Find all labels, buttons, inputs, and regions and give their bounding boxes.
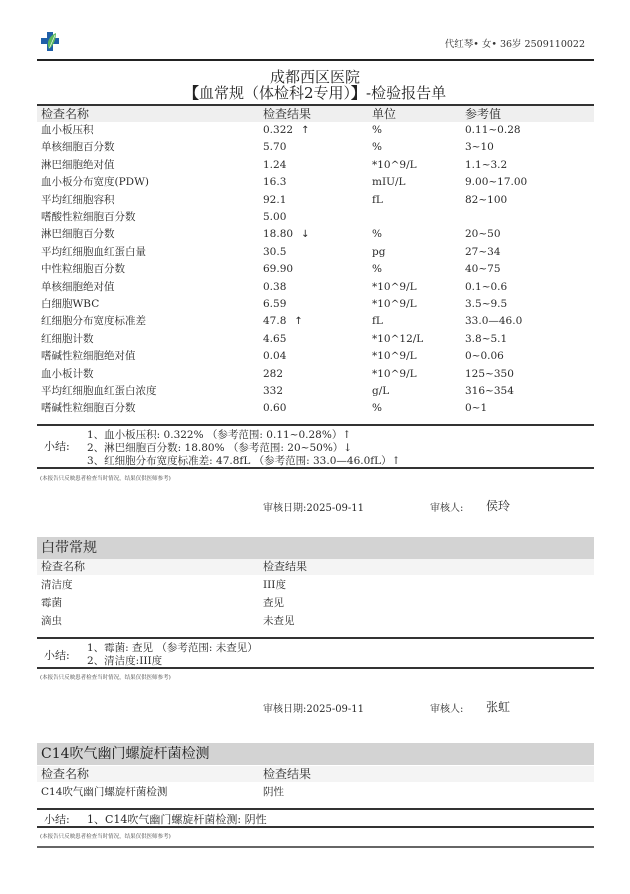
table-row: 平均红细胞血红蛋白量30.5pg27~34 bbox=[37, 244, 594, 261]
test-result: 5.00 bbox=[263, 209, 286, 226]
disclaimer: (本报告只反映患者检查当时情况，结果仅供医师参考) bbox=[40, 673, 171, 681]
result-value: 0.60 bbox=[263, 402, 286, 414]
result-value: 0.38 bbox=[263, 281, 286, 293]
test-unit: *10^12/L bbox=[372, 331, 423, 348]
col-header-reference: 参考值 bbox=[465, 106, 501, 122]
summary-bottom-rule bbox=[37, 826, 594, 828]
test-name: 淋巴细胞绝对值 bbox=[41, 157, 115, 174]
test-reference: 27~34 bbox=[465, 244, 501, 261]
test-result: 5.70 bbox=[263, 139, 286, 156]
table-row: 嗜碱性粒细胞绝对值0.04*10^9/L0~0.06 bbox=[37, 348, 594, 365]
header-divider bbox=[37, 59, 594, 61]
result-value: 282 bbox=[263, 368, 283, 380]
hospital-logo bbox=[40, 31, 60, 52]
result-value: 69.90 bbox=[263, 263, 293, 275]
result-value: 332 bbox=[263, 385, 283, 397]
test-name: 嗜碱性粒细胞百分数 bbox=[41, 400, 136, 417]
test-result: 92.1 bbox=[263, 192, 286, 209]
result-value: 5.00 bbox=[263, 211, 286, 223]
test-name: 血小板分布宽度(PDW) bbox=[41, 174, 149, 191]
test-unit: *10^9/L bbox=[372, 157, 417, 174]
test-reference: 82~100 bbox=[465, 192, 507, 209]
report-title: 【血常规（体检科2专用）】-检验报告单 bbox=[0, 82, 630, 103]
patient-info: 代红琴• 女• 36岁 2509110022 bbox=[445, 36, 585, 50]
test-result: 1.24 bbox=[263, 157, 286, 174]
test-name: 平均红细胞血红蛋白量 bbox=[41, 244, 146, 261]
test-result: 18.80↓ bbox=[263, 226, 309, 243]
table-row: 滴虫未查见 bbox=[37, 613, 594, 630]
title-bracket-open: 【 bbox=[184, 84, 199, 102]
test-name: 嗜酸性粒细胞百分数 bbox=[41, 209, 136, 226]
test-result: 0.322↑ bbox=[263, 122, 309, 139]
col-header-result: 检查结果 bbox=[263, 766, 311, 782]
arrow-up-icon: ↑ bbox=[301, 125, 309, 136]
test-name: 平均红细胞容积 bbox=[41, 192, 115, 209]
arrow-up-icon: ↑ bbox=[294, 316, 302, 327]
test-reference: 33.0—46.0 bbox=[465, 313, 522, 330]
test-name: 白细胞WBC bbox=[41, 296, 99, 313]
table-row: 红细胞计数4.65*10^12/L3.8~5.1 bbox=[37, 331, 594, 348]
summary-line-1: 1、C14吹气幽门螺旋杆菌检测: 阴性 bbox=[87, 811, 267, 827]
table-row: 中性粒细胞百分数69.90%40~75 bbox=[37, 261, 594, 278]
table-row: 平均红细胞血红蛋白浓度332g/L316~354 bbox=[37, 383, 594, 400]
title-bracket-close: 】 bbox=[351, 84, 366, 102]
test-reference: 0~0.06 bbox=[465, 348, 504, 365]
auditor-name: 张虹 bbox=[486, 698, 510, 715]
test-reference: 0~1 bbox=[465, 400, 487, 417]
section-title-c14: C14吹气幽门螺旋杆菌检测 bbox=[37, 743, 594, 765]
summary-label: 小结: bbox=[44, 438, 70, 454]
test-reference: 9.00~17.00 bbox=[465, 174, 527, 191]
test-unit: % bbox=[372, 261, 382, 278]
test-result: 0.60 bbox=[263, 400, 286, 417]
summary-line-2: 2、清洁度:III度 bbox=[87, 653, 162, 668]
result-value: 18.80 bbox=[263, 228, 293, 240]
test-result: 16.3 bbox=[263, 174, 286, 191]
test-unit: fL bbox=[372, 192, 383, 209]
audit-date: 审核日期:2025-09-11 bbox=[263, 700, 364, 715]
test-result: 阴性 bbox=[263, 784, 284, 801]
test-result: 0.04 bbox=[263, 348, 286, 365]
arrow-down-icon: ↓ bbox=[301, 229, 309, 240]
test-result: 查见 bbox=[263, 595, 284, 612]
col-header-name: 检查名称 bbox=[41, 559, 85, 575]
table-row: C14吹气幽门螺旋杆菌检测阴性 bbox=[37, 784, 594, 801]
auditor-label: 审核人: bbox=[430, 499, 463, 514]
table-row: 淋巴细胞绝对值1.24*10^9/L1.1~3.2 bbox=[37, 157, 594, 174]
test-name: C14吹气幽门螺旋杆菌检测 bbox=[41, 784, 167, 801]
result-value: 1.24 bbox=[263, 159, 286, 171]
table-row: 白细胞WBC6.59*10^9/L3.5~9.5 bbox=[37, 296, 594, 313]
test-result: 282 bbox=[263, 366, 283, 383]
table-row: 血小板分布宽度(PDW)16.3mIU/L9.00~17.00 bbox=[37, 174, 594, 191]
blood-table-header: 检查名称 检查结果 单位 参考值 bbox=[37, 106, 594, 122]
disclaimer: (本报告只反映患者检查当时情况，结果仅供医师参考) bbox=[40, 832, 171, 840]
test-result: 332 bbox=[263, 383, 283, 400]
test-unit: g/L bbox=[372, 383, 389, 400]
title-main: 血常规（体检科2专用） bbox=[199, 84, 351, 102]
test-unit: % bbox=[372, 122, 382, 139]
summary-line-3: 3、红细胞分布宽度标准差: 47.8fL （参考范围: 33.0—46.0fL）… bbox=[87, 453, 400, 468]
test-reference: 3.5~9.5 bbox=[465, 296, 507, 313]
test-unit: *10^9/L bbox=[372, 296, 417, 313]
result-value: 5.70 bbox=[263, 141, 286, 153]
auditor-label: 审核人: bbox=[430, 700, 463, 715]
col-header-result: 检查结果 bbox=[263, 559, 307, 575]
test-name: 单核细胞绝对值 bbox=[41, 279, 115, 296]
cross-leaf-icon bbox=[40, 31, 60, 52]
table-row: 单核细胞绝对值0.38*10^9/L0.1~0.6 bbox=[37, 279, 594, 296]
test-reference: 40~75 bbox=[465, 261, 501, 278]
test-name: 霉菌 bbox=[41, 595, 62, 612]
col-header-result: 检查结果 bbox=[263, 106, 311, 122]
test-name: 滴虫 bbox=[41, 613, 62, 630]
test-result: 0.38 bbox=[263, 279, 286, 296]
result-value: 4.65 bbox=[263, 333, 286, 345]
test-unit: pg bbox=[372, 244, 385, 261]
result-value: 6.59 bbox=[263, 298, 286, 310]
test-name: 单核细胞百分数 bbox=[41, 139, 115, 156]
title-suffix: -检验报告单 bbox=[366, 84, 446, 102]
test-unit: *10^9/L bbox=[372, 279, 417, 296]
test-reference: 3~10 bbox=[465, 139, 494, 156]
summary-label: 小结: bbox=[44, 811, 70, 827]
summary-top-rule bbox=[37, 808, 594, 810]
col-header-name: 检查名称 bbox=[41, 766, 89, 782]
test-unit: *10^9/L bbox=[372, 348, 417, 365]
table-row: 霉菌查见 bbox=[37, 595, 594, 612]
test-name: 中性粒细胞百分数 bbox=[41, 261, 125, 278]
test-reference: 3.8~5.1 bbox=[465, 331, 507, 348]
test-result: 未查见 bbox=[263, 613, 295, 630]
test-unit: *10^9/L bbox=[372, 366, 417, 383]
result-value: 47.8 bbox=[263, 315, 286, 327]
page-bottom-rule bbox=[37, 846, 594, 848]
test-name: 红细胞计数 bbox=[41, 331, 94, 348]
test-unit: % bbox=[372, 139, 382, 156]
test-reference: 1.1~3.2 bbox=[465, 157, 507, 174]
summary-label: 小结: bbox=[44, 647, 70, 663]
table-row: 平均红细胞容积92.1fL82~100 bbox=[37, 192, 594, 209]
test-unit: mIU/L bbox=[372, 174, 405, 191]
test-result: 30.5 bbox=[263, 244, 286, 261]
table-row: 血小板压积0.322↑%0.11~0.28 bbox=[37, 122, 594, 139]
test-name: 清洁度 bbox=[41, 577, 73, 594]
disclaimer: (本报告只反映患者检查当时情况，结果仅供医师参考) bbox=[40, 474, 171, 482]
test-result: 69.90 bbox=[263, 261, 293, 278]
leucorrhea-table-header: 检查名称 检查结果 bbox=[37, 559, 594, 575]
auditor-name: 侯玲 bbox=[486, 497, 510, 514]
test-name: 红细胞分布宽度标准差 bbox=[41, 313, 146, 330]
section-title-leucorrhea: 白带常规 bbox=[37, 537, 594, 559]
test-reference: 125~350 bbox=[465, 366, 514, 383]
table-row: 嗜酸性粒细胞百分数5.00 bbox=[37, 209, 594, 226]
test-name: 平均红细胞血红蛋白浓度 bbox=[41, 383, 157, 400]
summary-top-rule bbox=[37, 637, 594, 639]
test-name: 血小板计数 bbox=[41, 366, 94, 383]
test-result: 47.8↑ bbox=[263, 313, 303, 330]
summary-bottom-rule bbox=[37, 667, 594, 669]
test-reference: 0.11~0.28 bbox=[465, 122, 521, 139]
test-result: 6.59 bbox=[263, 296, 286, 313]
test-reference: 20~50 bbox=[465, 226, 501, 243]
table-row: 血小板计数282*10^9/L125~350 bbox=[37, 366, 594, 383]
audit-date: 审核日期:2025-09-11 bbox=[263, 499, 364, 514]
test-unit: % bbox=[372, 400, 382, 417]
col-header-name: 检查名称 bbox=[41, 106, 89, 122]
test-name: 淋巴细胞百分数 bbox=[41, 226, 115, 243]
table-row: 嗜碱性粒细胞百分数0.60%0~1 bbox=[37, 400, 594, 417]
summary-bottom-rule bbox=[37, 467, 594, 469]
col-header-unit: 单位 bbox=[372, 106, 396, 122]
c14-table-header: 检查名称 检查结果 bbox=[37, 766, 594, 782]
test-reference: 0.1~0.6 bbox=[465, 279, 507, 296]
result-value: 0.322 bbox=[263, 124, 293, 136]
result-value: 30.5 bbox=[263, 246, 286, 258]
summary-top-rule bbox=[37, 424, 594, 426]
test-result: III度 bbox=[263, 577, 286, 594]
test-unit: % bbox=[372, 226, 382, 243]
test-reference: 316~354 bbox=[465, 383, 514, 400]
table-row: 清洁度III度 bbox=[37, 577, 594, 594]
table-row: 单核细胞百分数5.70%3~10 bbox=[37, 139, 594, 156]
test-unit: fL bbox=[372, 313, 383, 330]
result-value: 92.1 bbox=[263, 194, 286, 206]
test-name: 嗜碱性粒细胞绝对值 bbox=[41, 348, 136, 365]
test-result: 4.65 bbox=[263, 331, 286, 348]
table-row: 淋巴细胞百分数18.80↓%20~50 bbox=[37, 226, 594, 243]
table-row: 红细胞分布宽度标准差47.8↑fL33.0—46.0 bbox=[37, 313, 594, 330]
test-name: 血小板压积 bbox=[41, 122, 94, 139]
result-value: 16.3 bbox=[263, 176, 286, 188]
result-value: 0.04 bbox=[263, 350, 286, 362]
